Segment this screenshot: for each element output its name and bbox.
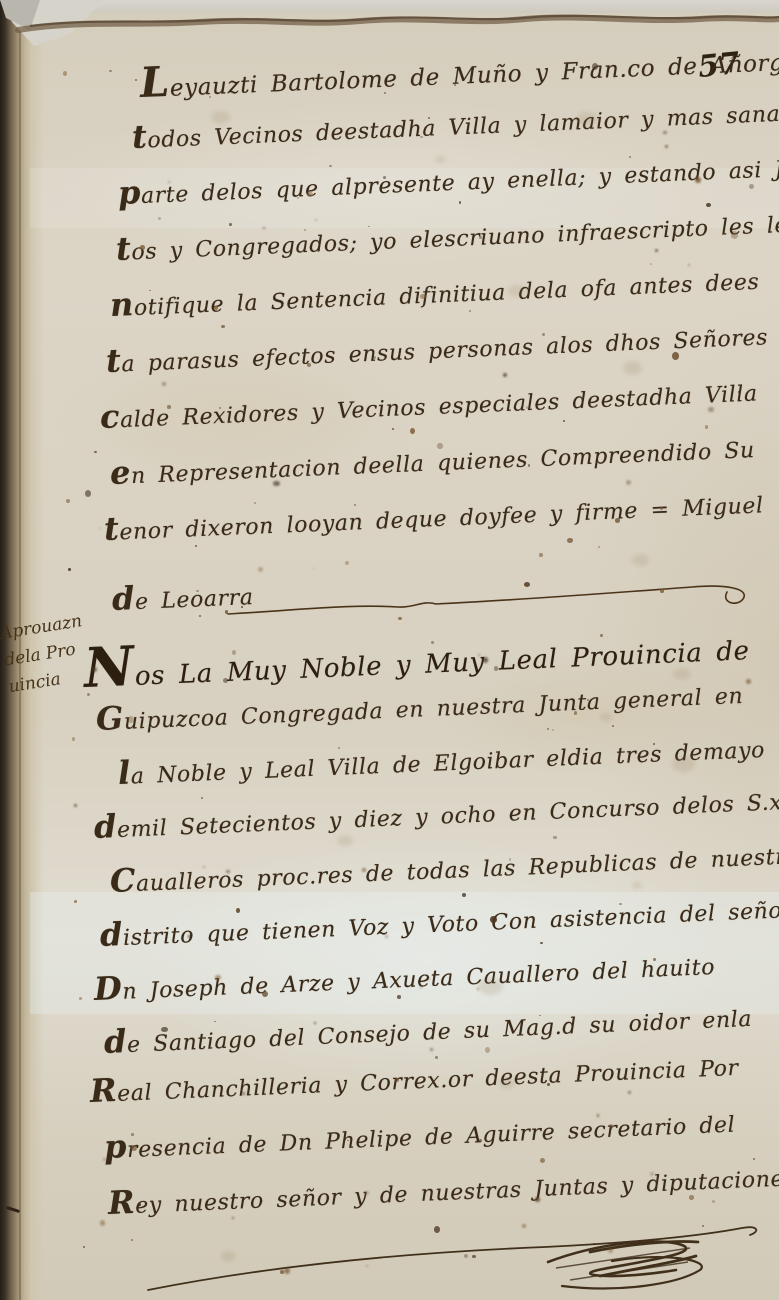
manuscript-line: calde Rexidores y Vecinos especiales dee… (99, 370, 758, 436)
manuscript-line: parte delos que alpresente ay enella; y … (117, 145, 779, 212)
manuscript-line: la Noble y Leal Villa de Elgoibar eldia … (117, 727, 765, 792)
age-spot (464, 1254, 468, 1258)
age-spot (109, 70, 112, 72)
age-spot (158, 217, 161, 220)
age-spot (232, 1217, 234, 1219)
manuscript-line: notifique la Sentencia difinitiua dela o… (109, 259, 760, 324)
manuscript-line: distrito que tienen Voz y Voto Con asist… (99, 887, 779, 954)
age-spot (201, 797, 203, 799)
age-spot (526, 406, 528, 409)
age-spot (229, 223, 232, 226)
age-spot (138, 1203, 141, 1206)
age-spot (345, 561, 349, 565)
age-spot (547, 728, 549, 730)
manuscript-text: Leyauzti Bartolome de Muño y Fran.co de … (0, 0, 779, 1300)
age-spot (167, 405, 171, 409)
age-spot (731, 231, 738, 239)
age-spot (528, 464, 530, 467)
age-spot (738, 702, 740, 704)
stain-blotch (672, 756, 695, 772)
age-spot (273, 481, 280, 486)
age-spot (66, 499, 70, 503)
age-spot (665, 145, 668, 148)
age-spot (535, 1197, 540, 1202)
age-spot (384, 92, 386, 94)
stain-blotch (632, 882, 642, 889)
stain-blotch (673, 668, 691, 680)
age-spot (746, 679, 751, 684)
age-spot (689, 1195, 694, 1200)
age-spot (434, 1226, 440, 1233)
age-spot (593, 1243, 595, 1245)
manuscript-line: presencia de Dn Phelipe de Aguirre secre… (103, 1102, 736, 1166)
age-spot (598, 546, 600, 548)
manuscript-line: Dn Joseph de Arze y Axueta Cauallero del… (93, 944, 715, 1008)
age-spot (705, 510, 707, 513)
age-spot (479, 236, 482, 239)
age-spot (131, 1239, 133, 1241)
age-spot (650, 263, 652, 265)
age-spot (708, 407, 714, 412)
age-spot (68, 568, 71, 571)
age-spot (688, 264, 690, 266)
age-spot (215, 975, 221, 980)
age-spot (660, 589, 664, 593)
age-spot (304, 229, 306, 231)
age-spot (297, 197, 299, 199)
age-spot (430, 1048, 433, 1051)
age-spot (219, 407, 221, 409)
manuscript-line: de Leoarra (111, 574, 254, 618)
age-spot (655, 249, 658, 252)
age-spot (188, 935, 191, 938)
age-spot (280, 1270, 284, 1274)
age-spot (672, 352, 679, 360)
age-spot (490, 916, 497, 923)
age-spot (731, 57, 734, 60)
age-spot (221, 325, 225, 328)
age-spot (435, 1056, 438, 1059)
age-spot (74, 804, 77, 807)
age-spot (354, 504, 356, 506)
age-spot (100, 1220, 105, 1226)
age-spot (615, 518, 620, 523)
age-spot (362, 868, 366, 872)
age-spot (574, 711, 577, 715)
age-spot (597, 1114, 599, 1117)
stain-blotch (632, 554, 649, 566)
age-spot (653, 743, 655, 745)
age-spot (437, 443, 443, 449)
manuscript-line: Rey nuestro señor y de nuestras Juntas y… (107, 1155, 779, 1222)
age-spot (395, 1078, 399, 1082)
age-spot (552, 729, 554, 731)
stain-blotch (600, 713, 612, 721)
stain-blotch (337, 835, 353, 846)
age-spot (161, 1027, 168, 1032)
stain-blotch (221, 1251, 236, 1262)
age-spot (225, 610, 228, 614)
age-spot (609, 1124, 613, 1128)
age-spot (494, 666, 498, 671)
age-spot (366, 1265, 368, 1267)
age-spot (428, 117, 430, 119)
stain-blotch (508, 285, 526, 297)
age-spot (263, 227, 265, 229)
age-spot (262, 991, 268, 997)
age-spot (741, 1020, 743, 1022)
age-spot (428, 978, 430, 980)
age-spot (478, 654, 480, 656)
age-spot (203, 866, 205, 868)
age-spot (103, 1158, 106, 1161)
age-spot (650, 1172, 654, 1176)
age-spot (131, 1133, 134, 1136)
stain-blotch (623, 361, 642, 375)
age-spot (660, 507, 663, 510)
age-spot (135, 79, 137, 81)
age-spot (79, 997, 82, 1000)
age-spot (72, 737, 75, 741)
age-spot (241, 606, 243, 608)
age-spot (542, 333, 545, 336)
age-spot (608, 1248, 613, 1253)
stain-blotch (499, 1078, 515, 1089)
stain-blotch (478, 978, 503, 995)
age-spot (727, 65, 729, 67)
age-spot (258, 567, 263, 572)
age-spot (397, 995, 401, 999)
age-spot (398, 617, 402, 620)
manuscript-line: Caualleros proc.res de todas las Republi… (109, 833, 779, 900)
age-spot (223, 678, 228, 683)
manuscript-line: en Representacion deella quienes Compree… (109, 427, 755, 492)
age-spot (553, 836, 557, 839)
manuscript-line: ta parasus efectos ensus personas alos d… (105, 313, 779, 380)
age-spot (503, 373, 507, 377)
stain-blotch (577, 112, 597, 126)
age-spot (563, 420, 565, 422)
age-spot (236, 908, 240, 913)
age-spot (195, 545, 197, 547)
age-spot (420, 136, 423, 138)
age-spot (242, 1092, 245, 1095)
age-spot (628, 1091, 631, 1094)
age-spot (338, 747, 340, 749)
stain-blotch (435, 156, 446, 163)
manuscript-line: tos y Congregados; yo elescriuano infrae… (115, 200, 779, 268)
age-spot (472, 1255, 476, 1258)
age-spot (587, 699, 589, 701)
age-spot (695, 177, 701, 183)
age-spot (540, 1158, 545, 1163)
manuscript-line: tenor dixeron looyan deque doyfee y firm… (103, 482, 764, 548)
age-spot (431, 641, 434, 644)
age-spot (626, 480, 631, 485)
age-spot (74, 900, 77, 903)
age-spot (410, 428, 415, 434)
manuscript-page-scan: 57 Aprouazn dela Pro uincia Leyauzti Bar… (0, 0, 779, 1300)
age-spot (226, 870, 230, 873)
age-spot (83, 1246, 85, 1248)
age-spot (600, 634, 603, 637)
age-spot (702, 1225, 704, 1227)
stain-blotch (211, 111, 230, 124)
age-spot (749, 184, 754, 189)
age-spot (753, 1158, 755, 1160)
age-spot (479, 1139, 482, 1142)
age-spot (140, 245, 145, 250)
age-spot (392, 428, 394, 430)
age-spot (406, 665, 408, 667)
